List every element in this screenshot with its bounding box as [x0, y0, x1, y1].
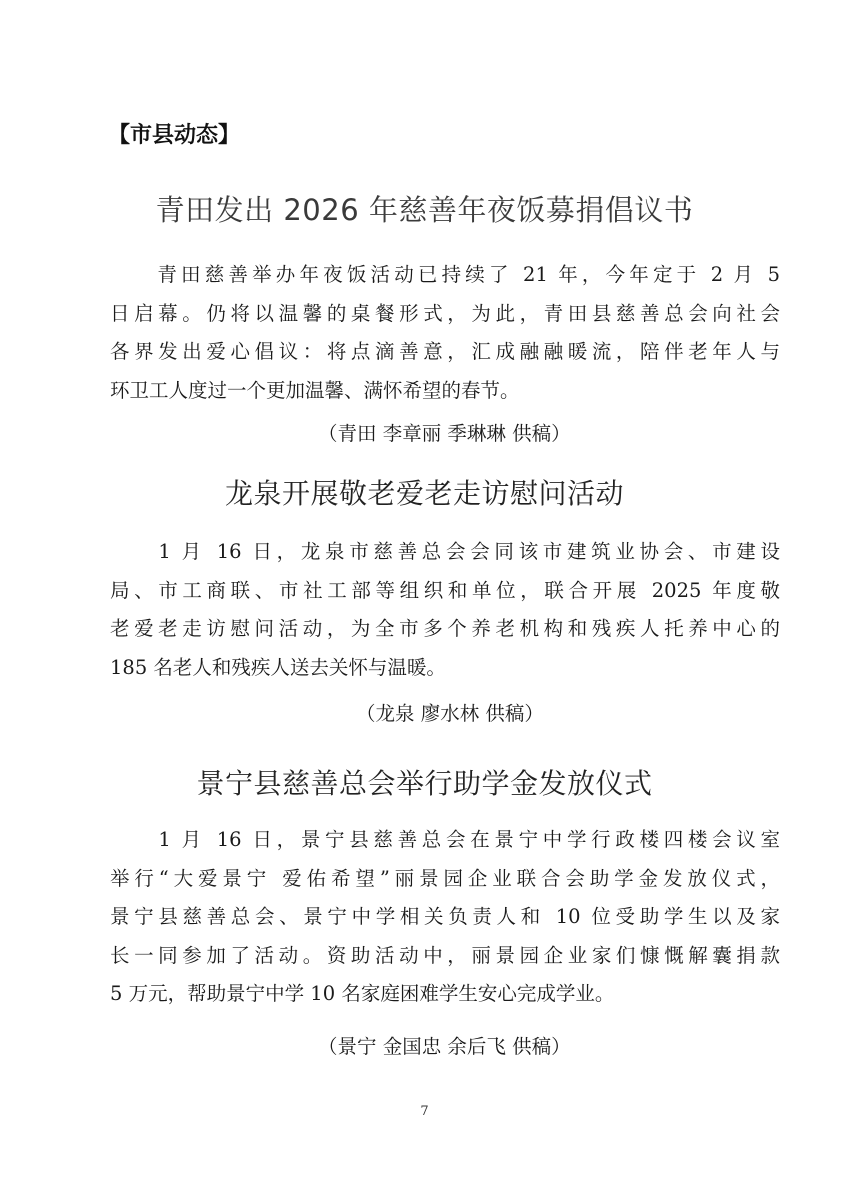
body-line: 局、市工商联、市社工部等组织和单位，联合开展 2025 年度敬 — [110, 572, 780, 611]
article-byline-qingtian: （青田 李章丽 季琳琳 供稿） — [318, 418, 571, 446]
section-tag: 【市县动态】 — [108, 118, 240, 149]
article-byline-longquan: （龙泉 廖水林 供稿） — [356, 698, 544, 726]
article-body-qingtian: 青田慈善举办年夜饭活动已持续了 21 年，今年定于 2 月 5 日启幕。仍将以温… — [110, 256, 780, 410]
body-line: 长一同参加了活动。资助活动中，丽景园企业家们慷慨解囊捐款 — [110, 937, 780, 976]
body-line: 景宁县慈善总会、景宁中学相关负责人和 10 位受助学生以及家 — [110, 898, 780, 937]
body-line: 1 月 16 日，龙泉市慈善总会会同该市建筑业协会、市建设 — [110, 533, 780, 572]
article-byline-jingning: （景宁 金国忠 余后飞 供稿） — [318, 1031, 571, 1059]
body-line: 老爱老走访慰问活动，为全市多个养老机构和残疾人托养中心的 — [110, 610, 780, 649]
body-line: 青田慈善举办年夜饭活动已持续了 21 年，今年定于 2 月 5 — [110, 256, 780, 295]
body-line: 举行“大爱景宁 爱佑希望”丽景园企业联合会助学金发放仪式， — [110, 860, 780, 899]
article-title-longquan: 龙泉开展敬老爱老走访慰问活动 — [0, 472, 849, 512]
body-line: 5 万元，帮助景宁中学 10 名家庭困难学生安心完成学业。 — [110, 975, 780, 1014]
body-line: 日启幕。仍将以温馨的桌餐形式，为此，青田县慈善总会向社会 — [110, 295, 780, 334]
article-title-qingtian: 青田发出 2026 年慈善年夜饭募捐倡议书 — [0, 188, 849, 229]
article-body-jingning: 1 月 16 日，景宁县慈善总会在景宁中学行政楼四楼会议室 举行“大爱景宁 爱佑… — [110, 821, 780, 1014]
body-line: 1 月 16 日，景宁县慈善总会在景宁中学行政楼四楼会议室 — [110, 821, 780, 860]
page-number: 7 — [0, 1104, 849, 1119]
body-line: 环卫工人度过一个更加温馨、满怀希望的春节。 — [110, 372, 780, 411]
body-line: 185 名老人和残疾人送去关怀与温暖。 — [110, 649, 780, 688]
article-body-longquan: 1 月 16 日，龙泉市慈善总会会同该市建筑业协会、市建设 局、市工商联、市社工… — [110, 533, 780, 687]
body-line: 各界发出爱心倡议：将点滴善意，汇成融融暖流，陪伴老年人与 — [110, 333, 780, 372]
article-title-jingning: 景宁县慈善总会举行助学金发放仪式 — [0, 762, 849, 802]
